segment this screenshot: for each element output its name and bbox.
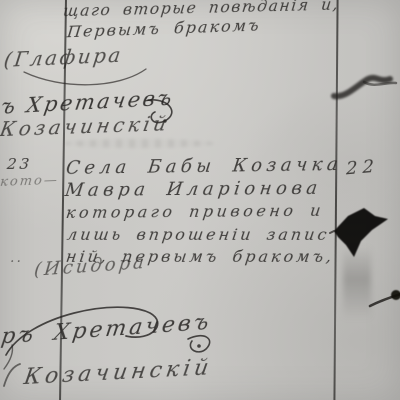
record-text-line: котораго привоено и: [65, 202, 325, 223]
ink-blot-triangle: [330, 203, 394, 263]
signature-kozachinsky-top: Козачинскій: [0, 112, 172, 141]
record-text-line: Села Бабы Козачка: [65, 155, 344, 180]
header-text-line2: Первымъ бракомъ: [66, 17, 262, 42]
ink-spot-bottom-right: [368, 288, 400, 316]
document-scan: щаго вторые повѣданія и, Первымъ бракомъ…: [0, 0, 400, 400]
record-catchword: кото—: [0, 174, 60, 191]
record-number: 23: [6, 156, 33, 173]
record-text-line: Мавра Иларіонова: [64, 179, 323, 202]
record-text-line: лишь впрошеніи запис: [66, 226, 331, 244]
margin-dots: ..: [10, 250, 23, 266]
margin-name-isidora: (Исидора: [33, 253, 148, 282]
column-rule-right: [333, 0, 338, 400]
age-value: 22: [346, 157, 379, 181]
ink-smear-top-right: [330, 66, 400, 106]
faint-bleedthrough-text: [64, 139, 214, 148]
